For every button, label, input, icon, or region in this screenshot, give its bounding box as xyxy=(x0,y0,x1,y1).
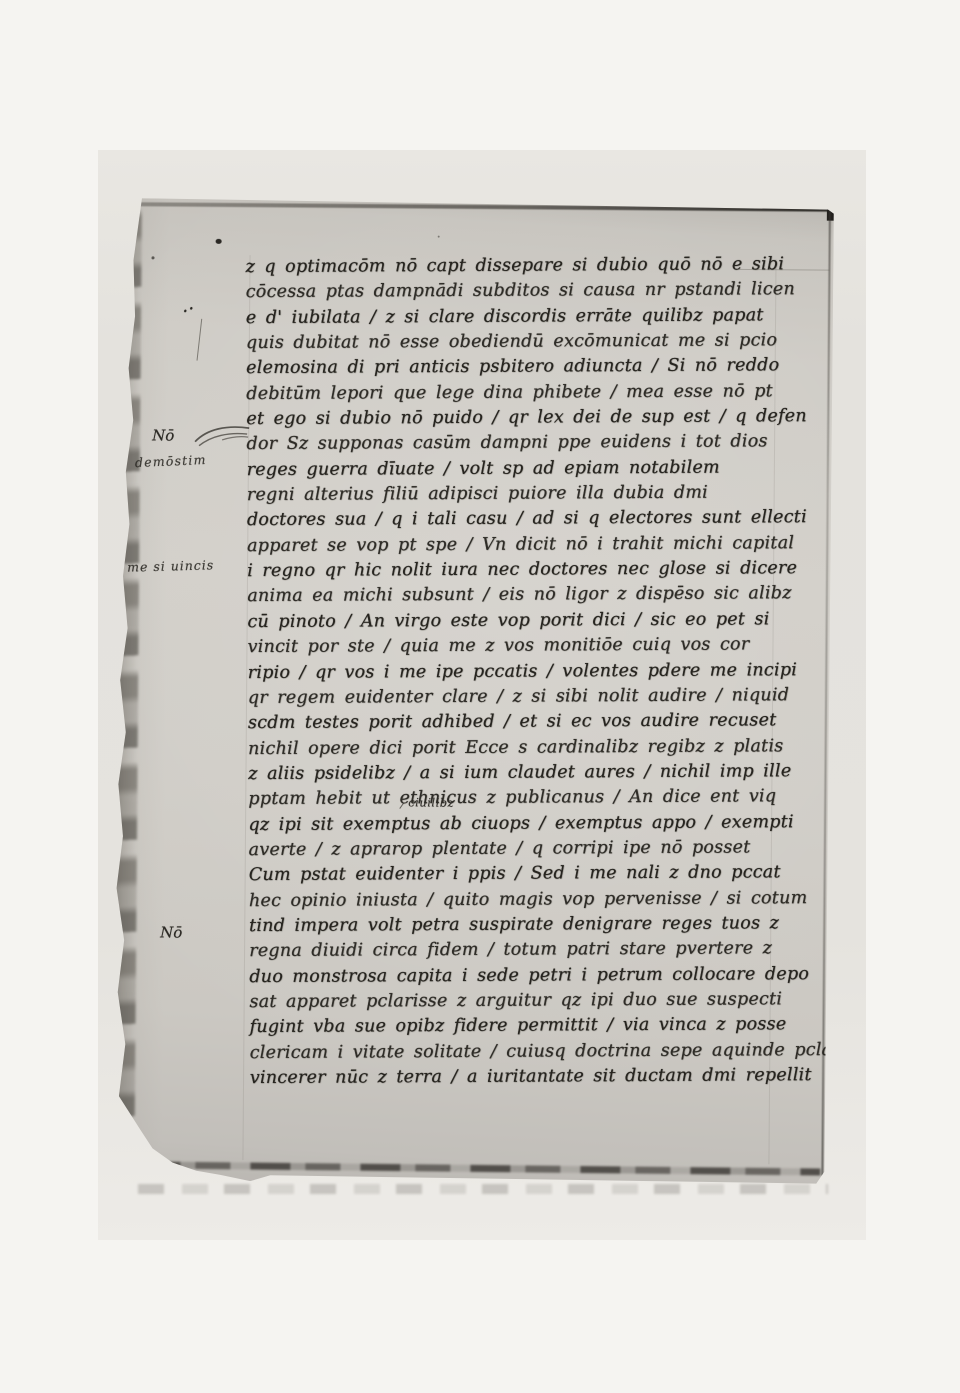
text-line: hec opinio iniusta / quito magis vop per… xyxy=(249,886,841,914)
margin-insertion-mark-tail xyxy=(197,319,203,361)
photograph: z q optimacōm nō capt dissepare si dubio… xyxy=(98,150,866,1240)
text-line: vincit por ste / quia me z vos monitiōe … xyxy=(248,632,840,660)
text-line: averte / z aprarop plentate / q corripi … xyxy=(249,835,841,863)
ink-speck xyxy=(216,239,222,244)
text-line: vincerer nūc z terra / a iuritantate sit… xyxy=(250,1063,842,1091)
text-line: regni alterius filiū adipisci puiore ill… xyxy=(247,480,839,508)
text-line: cōcessa ptas dampnādi subditos si causa … xyxy=(246,277,838,305)
text-line: duo monstrosa capita i sede petri i petr… xyxy=(249,962,841,990)
text-line: qr regem euidenter clare / z si sibi nol… xyxy=(248,683,840,711)
margin-nota-lower: Nō xyxy=(160,923,182,941)
text-line: Cum pstat euidenter i ppis / Sed i me na… xyxy=(249,860,841,888)
text-line: dor Sz supponas casūm dampni ppe euidens… xyxy=(246,429,838,457)
text-line: cū pinoto / An virgo este vop porit dici… xyxy=(247,607,839,635)
text-line: nichil opere dici porit Ecce s cardinali… xyxy=(248,734,840,762)
manuscript-page: z q optimacōm nō capt dissepare si dubio… xyxy=(100,196,838,1194)
text-line: et ego si dubio nō puido / qr lex dei de… xyxy=(246,404,838,432)
text-line: doctores sua / q i tali casu / ad si q e… xyxy=(247,505,839,533)
text-line: pptam hebit ut ethnicus z publicanus / A… xyxy=(248,784,840,812)
text-line: reges guerra dīuate / volt sp ad epiam n… xyxy=(247,455,839,483)
margin-note-mid: me si uincis xyxy=(127,557,214,574)
page-bottom-edge xyxy=(140,1161,820,1175)
ink-speck xyxy=(152,256,155,259)
text-line: tind impera volt petra suspirate denigra… xyxy=(249,911,841,939)
text-line: e d' iubilata / z si clare discordis err… xyxy=(246,303,838,331)
ink-speck xyxy=(438,236,440,238)
handwritten-text-block: z q optimacōm nō capt dissepare si dubio… xyxy=(246,252,842,1091)
text-line: scdm testes porit adhibed / et si ec vos… xyxy=(248,708,840,736)
interlinear-insertion: ciuilibz xyxy=(408,795,454,809)
text-line: elemosina di pri anticis psbitero adiunc… xyxy=(246,353,838,381)
text-line: i regno qr hic nolit iura nec doctores n… xyxy=(247,556,839,584)
margin-nota-upper-word: demōstim xyxy=(135,452,207,470)
text-line: qz ipi sit exemptus ab ciuops / exemptus… xyxy=(248,810,840,838)
text-line: quis dubitat nō esse obediendū excōmunic… xyxy=(246,328,838,356)
text-line: apparet se vop pt spe / Vn dicit nō i tr… xyxy=(247,531,839,559)
text-line: debitūm lepori que lege dina phibete / m… xyxy=(246,379,838,407)
text-line: sat apparet pclarisse z arguitur qz ipi … xyxy=(249,987,841,1015)
text-line: z q optimacōm nō capt dissepare si dubio… xyxy=(246,252,838,280)
text-line: anima ea michi subsunt / eis nō ligor z … xyxy=(247,581,839,609)
text-line: clericam i vitate solitate / cuiusq doct… xyxy=(250,1038,842,1066)
margin-insertion-mark: ·· xyxy=(181,301,199,320)
text-line: ripio / qr vos i me ipe pccatis / volent… xyxy=(248,657,840,685)
page-left-deckle-edge xyxy=(104,196,142,1188)
page-top-edge xyxy=(140,202,834,211)
margin-nota-upper: Nō xyxy=(152,426,174,444)
margin-flourish xyxy=(192,423,254,449)
text-line: fugint vba sue opibz fidere permittit / … xyxy=(250,1012,842,1040)
photo-bottom-smudge xyxy=(138,1184,828,1194)
text-line: z aliis psidelibz / a si ium claudet aur… xyxy=(248,759,840,787)
text-line: regna diuidi circa fidem / totum patri s… xyxy=(249,936,841,964)
